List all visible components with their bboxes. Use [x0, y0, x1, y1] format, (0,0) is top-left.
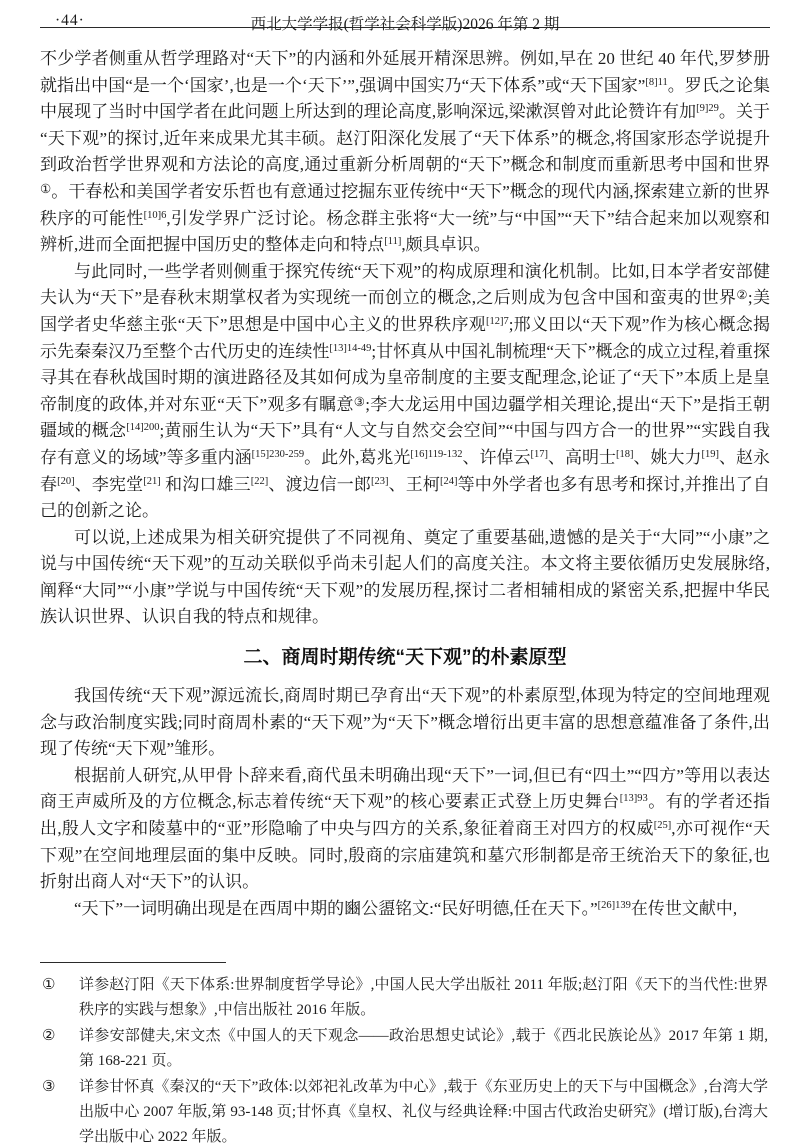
- citation-superscript: [18]: [616, 449, 634, 460]
- footnote-marker: ③: [42, 1075, 79, 1145]
- citation-superscript: [15]230-259: [252, 449, 305, 460]
- citation-superscript: [13]93: [620, 793, 648, 804]
- footnote-ref-superscript: ③: [354, 395, 365, 409]
- body-paragraph: 根据前人研究,从甲骨卜辞来看,商代虽未明确出现“天下”一词,但已有“四土”“四方…: [40, 763, 770, 896]
- footnote-marker: ①: [42, 973, 79, 1024]
- section-heading: 二、商周时期传统“天下观”的朴素原型: [40, 645, 770, 671]
- citation-superscript: [10]6: [144, 210, 167, 221]
- body-paragraph: 我国传统“天下观”源远流长,商周时期已孕育出“天下观”的朴素原型,体现为特定的空…: [40, 683, 770, 763]
- citation-superscript: [8]11: [645, 77, 667, 88]
- citation-superscript: [13]14-49: [329, 343, 371, 354]
- body-paragraph: 与此同时,一些学者则侧重于探究传统“天下观”的构成原理和演化机制。比如,日本学者…: [40, 259, 770, 525]
- page-number: ·44·: [55, 12, 85, 30]
- footnote-item: ②详参安部健夫,宋文杰《中国人的天下观念——政治思想史试论》,载于《西北民族论丛…: [42, 1024, 768, 1075]
- footnote-text: 详参安部健夫,宋文杰《中国人的天下观念——政治思想史试论》,载于《西北民族论丛》…: [79, 1024, 768, 1075]
- journal-title: 西北大学学报(哲学社会科学版)2026 年第 2 期: [40, 12, 770, 34]
- footnote-text: 详参赵汀阳《天下体系:世界制度哲学导论》,中国人民大学出版社 2011 年版;赵…: [79, 973, 768, 1024]
- citation-superscript: [20]: [57, 476, 75, 487]
- footnote-ref-superscript: ①: [40, 182, 51, 196]
- citation-superscript: [12]7: [486, 316, 509, 327]
- body-paragraph: 可以说,上述成果为相关研究提供了不同视角、奠定了重要基础,遗憾的是关于“大同”“…: [40, 525, 770, 631]
- journal-page: ·44· 西北大学学报(哲学社会科学版)2026 年第 2 期 不少学者侧重从哲…: [0, 0, 810, 1145]
- body-paragraph: 不少学者侧重从哲学理路对“天下”的内涵和外延展开精深思辨。例如,早在 20 世纪…: [40, 46, 770, 259]
- footnote-ref-superscript: ②: [736, 288, 748, 302]
- footnote-text: 详参甘怀真《秦汉的“天下”政体:以郊祀礼改革为中心》,载于《东亚历史上的天下与中…: [79, 1075, 768, 1145]
- citation-superscript: [23]: [371, 476, 389, 487]
- citation-superscript: [14]200: [126, 422, 159, 433]
- body-paragraph: “天下”一词明确出现是在西周中期的豳公盨铭文:“民好明德,任在天下。”[26]1…: [40, 896, 770, 923]
- citation-superscript: [11]: [384, 236, 401, 247]
- citation-superscript: [25]: [654, 820, 672, 831]
- citation-superscript: [21]: [143, 476, 161, 487]
- footnote-list: ①详参赵汀阳《天下体系:世界制度哲学导论》,中国人民大学出版社 2011 年版;…: [0, 973, 810, 1145]
- citation-superscript: [24]: [440, 476, 458, 487]
- citation-superscript: [17]: [530, 449, 548, 460]
- citation-superscript: [22]: [251, 476, 269, 487]
- footnote-area: ①详参赵汀阳《天下体系:世界制度哲学导论》,中国人民大学出版社 2011 年版;…: [0, 962, 810, 1145]
- citation-superscript: [9]29: [696, 103, 719, 114]
- page-header: ·44· 西北大学学报(哲学社会科学版)2026 年第 2 期: [0, 0, 810, 24]
- footnote-item: ③详参甘怀真《秦汉的“天下”政体:以郊祀礼改革为中心》,载于《东亚历史上的天下与…: [42, 1075, 768, 1145]
- citation-superscript: [19]: [702, 449, 720, 460]
- footnote-marker: ②: [42, 1024, 79, 1075]
- citation-superscript: [16]119-132: [410, 449, 462, 460]
- footnote-separator: [40, 962, 226, 963]
- footnote-item: ①详参赵汀阳《天下体系:世界制度哲学导论》,中国人民大学出版社 2011 年版;…: [42, 973, 768, 1024]
- citation-superscript: [26]139: [598, 900, 631, 911]
- article-body: 不少学者侧重从哲学理路对“天下”的内涵和外延展开精深思辨。例如,早在 20 世纪…: [0, 28, 810, 938]
